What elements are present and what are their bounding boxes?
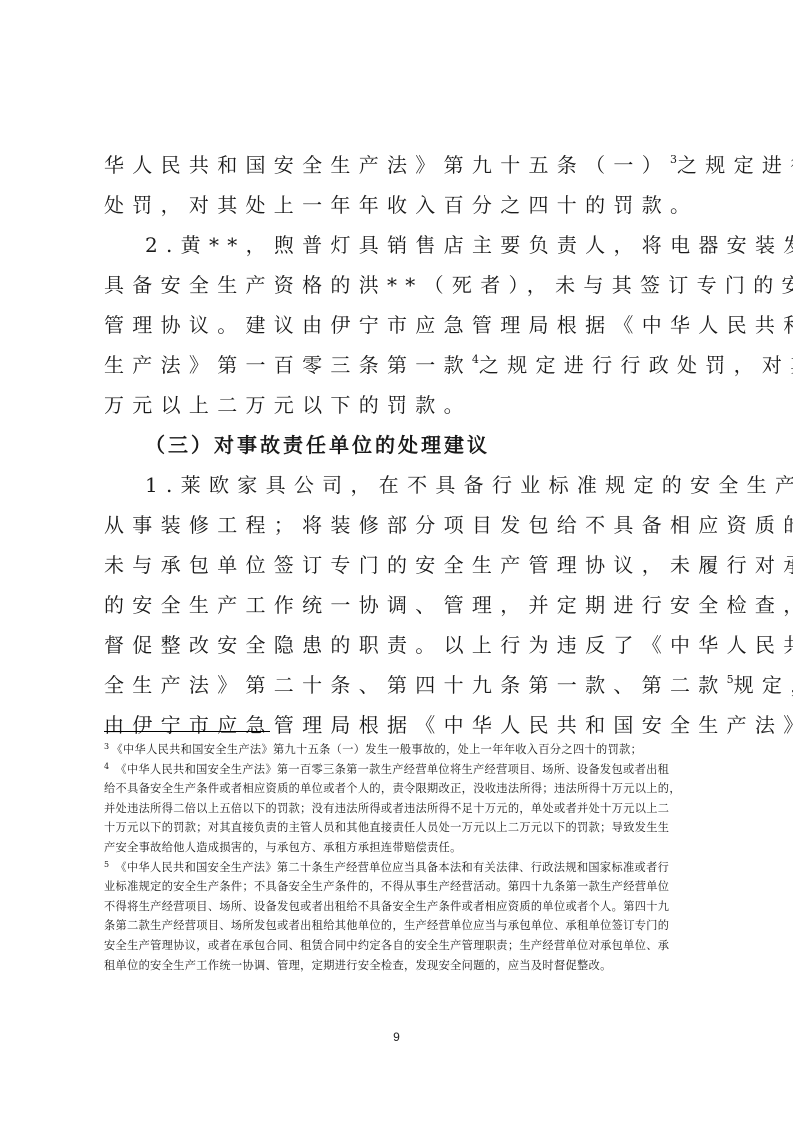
page-number: 9 bbox=[0, 1030, 793, 1044]
body-line: 生产法》第一百零三条第一款4之规定进行行政处罚，对其处一 bbox=[104, 345, 694, 385]
body-line: 的安全生产工作统一协调、管理，并定期进行安全检查，并及时 bbox=[104, 585, 694, 625]
footnote-number: 3 bbox=[104, 742, 109, 751]
footnote-4: 4 《中华人民共和国安全生产法》第一百零三条第一款生产经营单位将生产经营项目、场… bbox=[104, 760, 692, 780]
body-line: 处罚，对其处上一年年收入百分之四十的罚款。 bbox=[104, 185, 694, 225]
body-line: 督促整改安全隐患的职责。以上行为违反了《中华人民共和国安 bbox=[104, 625, 694, 665]
footnote-line: 业标准规定的安全生产条件；不具备安全生产条件的，不得从事生产经营活动。第四十九条… bbox=[104, 877, 692, 897]
footnote-line: 给不具备安全生产条件或者相应资质的单位或者个人的，责令限期改正，没收违法所得；违… bbox=[104, 779, 692, 799]
body-line: 全生产法》第二十条、第四十九条第一款、第二款5规定，建议 bbox=[104, 665, 694, 705]
footnote-number: 4 bbox=[104, 762, 109, 771]
section-heading: （三）对事故责任单位的处理建议 bbox=[104, 425, 694, 465]
footnote-line: 并处违法所得二倍以上五倍以下的罚款；没有违法所得或者违法所得不足十万元的，单处或… bbox=[104, 799, 692, 819]
footnote-ref-5[interactable]: 5 bbox=[727, 673, 734, 686]
footnote-line: 十万元以下的罚款；对其直接负责的主管人员和其他直接责任人员处一万元以上二万元以下… bbox=[104, 818, 692, 838]
footnote-separator bbox=[104, 731, 270, 732]
body-line: 管理协议。建议由伊宁市应急管理局根据《中华人民共和国安全 bbox=[104, 305, 694, 345]
body-text: 华人民共和国安全生产法》第九十五条（一）3之规定进行行政 处罚，对其处上一年年收… bbox=[104, 145, 694, 745]
body-line: 1.莱欧家具公司，在不具备行业标准规定的安全生产条件下 bbox=[104, 465, 694, 505]
body-line: 万元以上二万元以下的罚款。 bbox=[104, 385, 694, 425]
footnote-ref-3[interactable]: 3 bbox=[670, 153, 677, 166]
body-line: 由伊宁市应急管理局根据《中华人民共和国安全生产法》第一百 bbox=[104, 705, 694, 745]
body-line: 具备安全生产资格的洪**（死者），未与其签订专门的安全生产 bbox=[104, 265, 694, 305]
footnote-5: 5 《中华人民共和国安全生产法》第二十条生产经营单位应当具备本法和有关法律、行政… bbox=[104, 858, 692, 878]
body-line: 从事装修工程；将装修部分项目发包给不具备相应资质的单位； bbox=[104, 505, 694, 545]
body-line: 华人民共和国安全生产法》第九十五条（一）3之规定进行行政 bbox=[104, 145, 694, 185]
footnote-line: 条第二款生产经营项目、场所发包或者出租给其他单位的，生产经营单位应当与承包单位、… bbox=[104, 916, 692, 936]
footnote-line: 租单位的安全生产工作统一协调、管理，定期进行安全检查，发现安全问题的，应当及时督… bbox=[104, 956, 692, 976]
footnote-number: 5 bbox=[104, 860, 109, 869]
body-line: 未与承包单位签订专门的安全生产管理协议，未履行对承包单位 bbox=[104, 545, 694, 585]
footnote-line: 安全生产管理协议，或者在承包合同、租赁合同中约定各自的安全生产管理职责；生产经营… bbox=[104, 936, 692, 956]
footnote-ref-4[interactable]: 4 bbox=[472, 353, 479, 366]
footnote-line: 产安全事故给他人造成损害的，与承包方、承租方承担连带赔偿责任。 bbox=[104, 838, 692, 858]
body-line: 2.黄**，煦普灯具销售店主要负责人，将电器安装发包给不 bbox=[104, 225, 694, 265]
document-page: 华人民共和国安全生产法》第九十五条（一）3之规定进行行政 处罚，对其处上一年年收… bbox=[0, 0, 793, 1122]
footnote-3: 3《中华人民共和国安全生产法》第九十五条（一）发生一般事故的，处上一年年收入百分… bbox=[104, 740, 692, 760]
footnote-line: 不得将生产经营项目、场所、设备发包或者出租给不具备安全生产条件或者相应资质的单位… bbox=[104, 897, 692, 917]
footnotes: 3《中华人民共和国安全生产法》第九十五条（一）发生一般事故的，处上一年年收入百分… bbox=[104, 740, 692, 975]
